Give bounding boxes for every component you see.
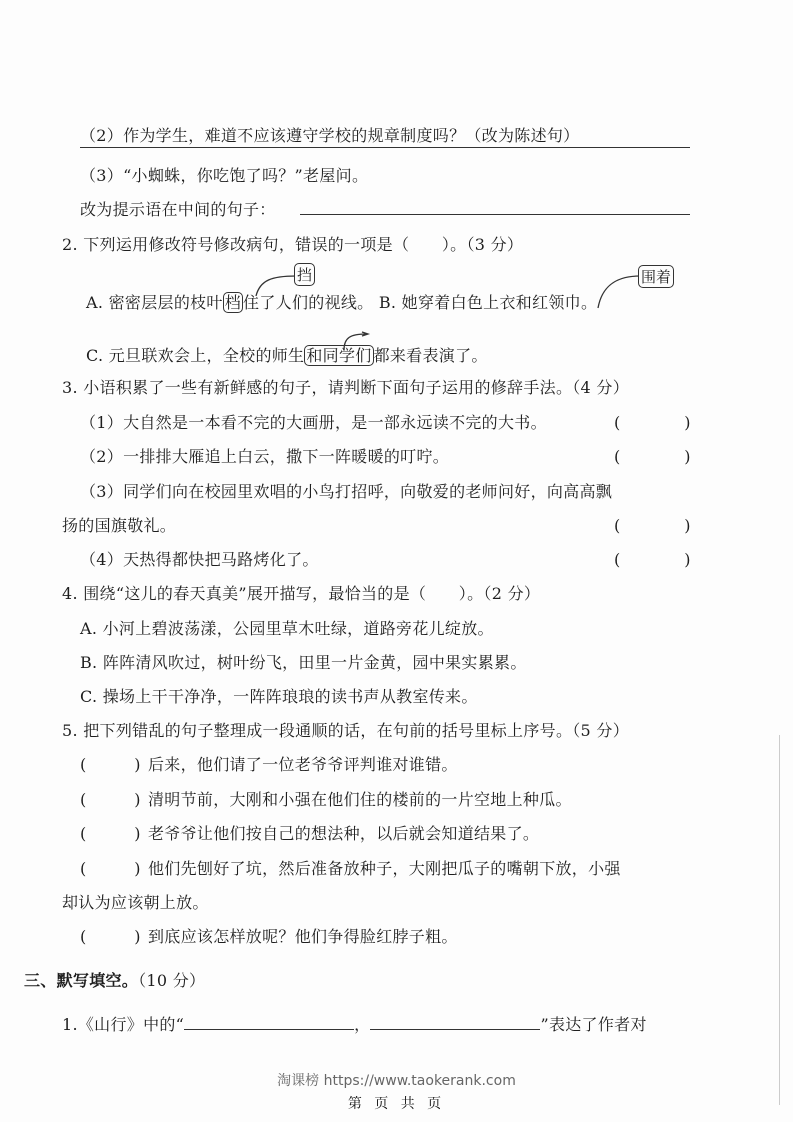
correction-mark-a: 挡 xyxy=(294,263,315,286)
question-1-3-prompt: 改为提示语在中间的句子： xyxy=(80,197,276,220)
question-4-option-a: A. 小河上碧波荡漾，公园里草木吐绿，道路旁花儿绽放。 xyxy=(80,616,494,639)
answer-paren-3-1[interactable]: ( ) xyxy=(614,410,691,433)
section-3-title: 三、默写填空。 xyxy=(24,971,138,990)
answer-line-1-3[interactable] xyxy=(300,214,690,215)
order-paren-4[interactable]: ( ) xyxy=(80,856,141,879)
section-3-heading: 三、默写填空。（10 分） xyxy=(24,968,205,991)
question-5-item-2: 清明节前，大刚和小强在他们住的楼前的一片空地上种瓜。 xyxy=(148,787,572,810)
question-5-item-5: 到底应该怎样放呢？他们争得脸红脖子粗。 xyxy=(148,924,458,947)
watermark: 淘课榜 https://www.taokerank.com xyxy=(0,1070,793,1090)
question-1-2-text: （2）作为学生，难道不应该遵守学校的规章制度吗？（改为陈述句） xyxy=(80,123,579,146)
correction-mark-b: 围着 xyxy=(638,265,674,288)
page-number: 第 页 共 页 xyxy=(0,1093,793,1113)
question-2-option-a: A. 密密层层的枝叶档住了人们的视线。 B. 她穿着白色上衣和红领巾。 xyxy=(86,290,597,313)
question-3-title: 3. 小语积累了一些有新鲜感的句子，请判断下面句子运用的修辞手法。（4 分） xyxy=(62,375,629,398)
option-c-pre: C. 元旦联欢会上，全校的师生 xyxy=(86,346,304,365)
option-a-boxed-char: 档 xyxy=(223,292,243,313)
option-a-pre: A. 密密层层的枝叶 xyxy=(86,293,223,312)
answer-paren-3-2[interactable]: ( ) xyxy=(614,444,691,467)
page-edge xyxy=(779,735,780,1105)
order-paren-1[interactable]: ( ) xyxy=(80,752,141,775)
question-5-title: 5. 把下列错乱的句子整理成一段通顺的话，在句前的括号里标上序号。（5 分） xyxy=(62,718,629,741)
question-4-option-b: B. 阵阵清风吹过，树叶纷飞，田里一片金黄，园中果实累累。 xyxy=(80,650,527,673)
answer-paren-3-3[interactable]: ( ) xyxy=(614,513,691,536)
question-5-item-3: 老爷爷让他们按自己的想法种，以后就会知道结果了。 xyxy=(148,821,539,844)
order-paren-3[interactable]: ( ) xyxy=(80,821,141,844)
question-2-option-c: C. 元旦联欢会上，全校的师生和同学们都来看表演了。 xyxy=(86,343,488,366)
question-3-item-3-cont: 扬的国旗敬礼。 xyxy=(62,513,176,536)
fill-blank-1[interactable] xyxy=(184,1015,354,1030)
order-paren-5[interactable]: ( ) xyxy=(80,924,141,947)
option-c-post: 都来看表演了。 xyxy=(374,346,488,365)
question-4-option-c: C. 操场上干干净净，一阵阵琅琅的读书声从教室传来。 xyxy=(80,684,478,707)
section-3-score: （10 分） xyxy=(138,971,205,990)
question-1-3-text: （3）“小蜘蛛，你吃饱了吗？”老屋问。 xyxy=(80,163,368,186)
question-5-item-4-cont: 却认为应该朝上放。 xyxy=(62,890,209,913)
question-3-item-4: （4）天热得都快把马路烤化了。 xyxy=(80,547,319,570)
question-5-item-4: 他们先刨好了坑，然后准备放种子，大刚把瓜子的嘴朝下放，小强 xyxy=(148,856,621,879)
answer-paren-3-4[interactable]: ( ) xyxy=(614,547,691,570)
question-5-item-1: 后来，他们请了一位老爷爷评判谁对谁错。 xyxy=(148,752,458,775)
option-b-post: 红领巾。 xyxy=(532,293,597,312)
question-4-title: 4. 围绕“这儿的春天真美”展开描写，最恰当的是（ ）。（2 分） xyxy=(62,581,540,604)
order-paren-2[interactable]: ( ) xyxy=(80,787,141,810)
question-3-item-2: （2）一排排大雁追上白云，撒下一阵暖暖的叮咛。 xyxy=(80,444,449,467)
question-2-title: 2. 下列运用修改符号修改病句，错误的一项是（ ）。（3 分） xyxy=(62,232,523,255)
question-3-item-3: （3）同学们向在校园里欢唱的小鸟打招呼，向敬爱的老师问好，向高高飘 xyxy=(80,479,612,502)
option-b-pre: B. 她穿着白色上衣和 xyxy=(379,293,532,312)
section-3-q1-pre: 1.《山行》中的“ xyxy=(62,1015,184,1034)
section-3-q1-comma: ， xyxy=(354,1015,370,1034)
fill-blank-2[interactable] xyxy=(370,1015,540,1030)
option-a-post: 住了人们的视线。 xyxy=(243,293,373,312)
option-c-boxed-text: 和同学们 xyxy=(304,345,373,366)
section-3-question-1: 1.《山行》中的“，”表达了作者对 xyxy=(62,1012,647,1035)
question-3-item-1: （1）大自然是一本看不完的大画册，是一部永远读不完的大书。 xyxy=(80,410,547,433)
answer-line-1-2[interactable] xyxy=(80,147,690,148)
section-3-q1-post: ”表达了作者对 xyxy=(540,1015,646,1034)
